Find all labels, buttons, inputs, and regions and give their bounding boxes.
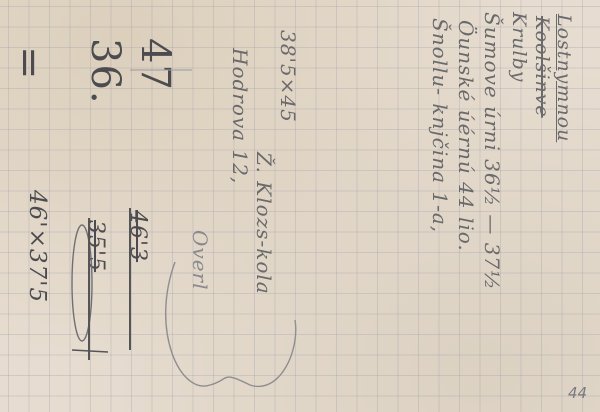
page-number: 44 [568,384,587,402]
pencil-strokes [0,0,600,412]
curve-stroke-icon [166,262,296,386]
underline-stroke-icon [72,350,108,352]
graph-paper-page: Lostnymnou Koolšinve Krulby Šumove úrni … [0,0,600,412]
